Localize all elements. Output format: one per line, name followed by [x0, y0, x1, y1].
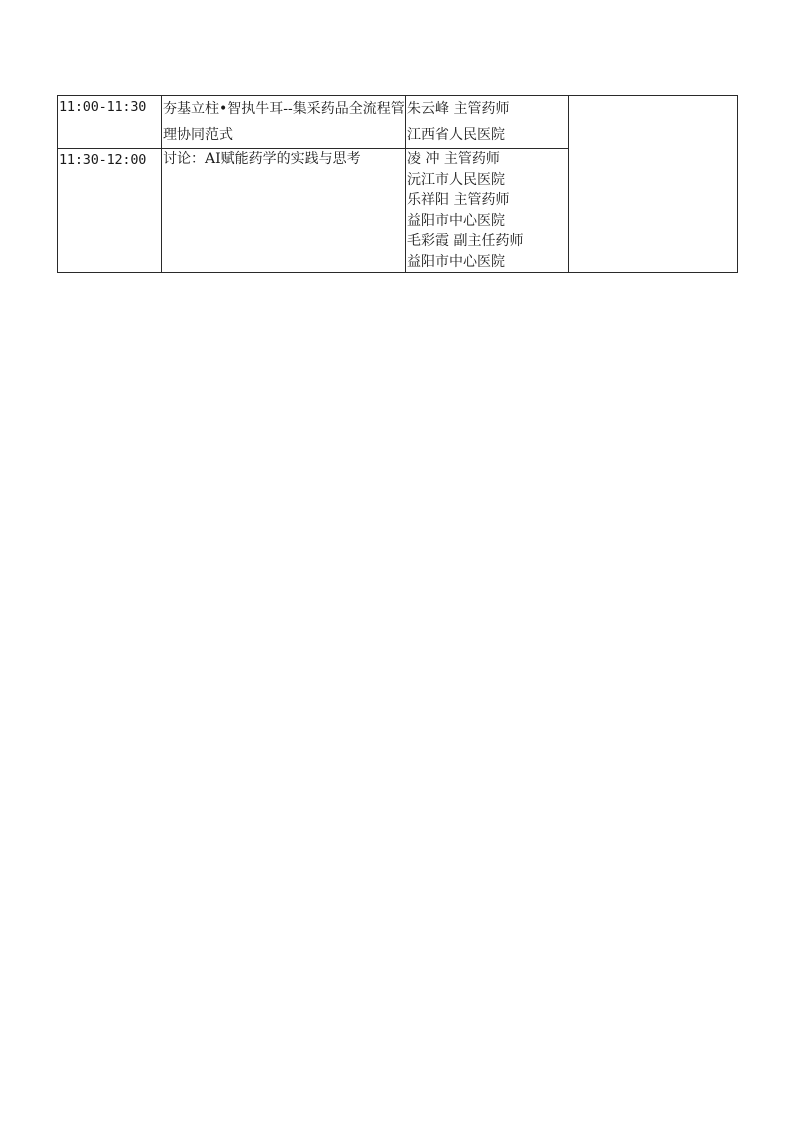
speaker-affiliation: 沅江市人民医院 [407, 170, 568, 191]
document-page: 11:00-11:30 夯基立柱•智执牛耳--集采药品全流程管理协同范式 朱云峰… [0, 0, 794, 1123]
time-cell: 11:00-11:30 [58, 96, 162, 149]
session-time: 11:30-12:00 [59, 149, 161, 171]
speaker-name-title: 凌 冲 主管药师 [407, 149, 568, 170]
session-topic: 讨论：AI赋能药学的实践与思考 [163, 149, 405, 170]
session-topic: 夯基立柱•智执牛耳--集采药品全流程管理协同范式 [163, 96, 405, 148]
speaker-affiliation: 益阳市中心医院 [407, 211, 568, 232]
topic-cell: 讨论：AI赋能药学的实践与思考 [162, 149, 406, 273]
speaker-name-title: 乐祥阳 主管药师 [407, 190, 568, 211]
speaker-cell: 凌 冲 主管药师 沅江市人民医院 乐祥阳 主管药师 益阳市中心医院 毛彩霞 副主… [406, 149, 569, 273]
speaker-cell: 朱云峰 主管药师 江西省人民医院 [406, 96, 569, 149]
topic-cell: 夯基立柱•智执牛耳--集采药品全流程管理协同范式 [162, 96, 406, 149]
session-time: 11:00-11:30 [59, 96, 161, 118]
time-cell: 11:30-12:00 [58, 149, 162, 273]
speaker-affiliation: 江西省人民医院 [407, 122, 568, 148]
speaker-name-title: 朱云峰 主管药师 [407, 96, 568, 122]
speaker-affiliation: 益阳市中心医院 [407, 252, 568, 273]
table-row: 11:00-11:30 夯基立柱•智执牛耳--集采药品全流程管理协同范式 朱云峰… [58, 96, 738, 149]
schedule-table: 11:00-11:30 夯基立柱•智执牛耳--集采药品全流程管理协同范式 朱云峰… [57, 95, 738, 273]
merged-empty-cell [569, 96, 738, 273]
speaker-name-title: 毛彩霞 副主任药师 [407, 231, 568, 252]
